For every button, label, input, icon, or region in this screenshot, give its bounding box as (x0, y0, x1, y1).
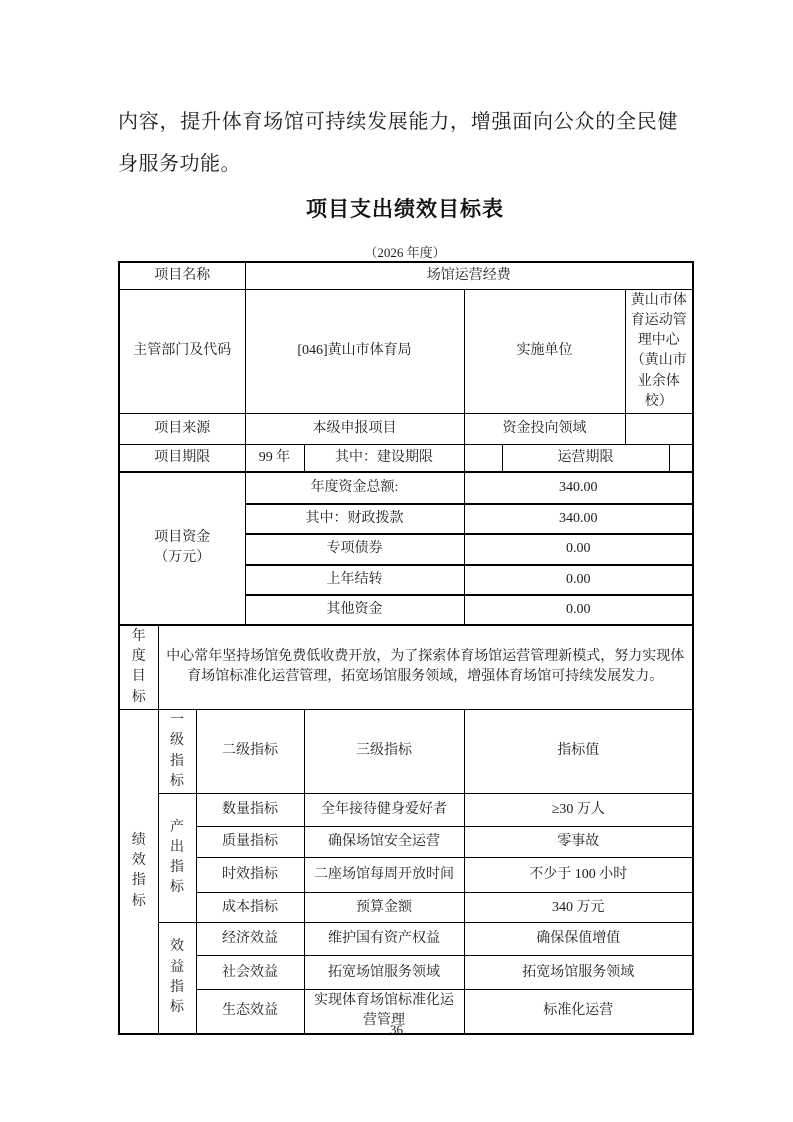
project-name-label: 项目名称 (119, 262, 245, 289)
project-period-years: 99 年 (245, 445, 304, 472)
indicator-value: 不少于 100 小时 (464, 858, 693, 893)
project-period-label: 项目期限 (119, 445, 245, 472)
project-funds-label: 项目资金 （万元） (119, 472, 245, 625)
performance-indicator-label: 绩 效 指 标 (119, 709, 158, 1033)
indicator-l2: 成本指标 (196, 893, 304, 923)
funding-item-value: 340.00 (464, 472, 693, 504)
indicator-value: 340 万元 (464, 893, 693, 923)
indicator-l3: 预算金额 (304, 893, 464, 923)
table-row: 质量指标 确保场馆安全运营 零事故 (119, 827, 693, 858)
department-value: [046]黄山市体育局 (245, 289, 464, 414)
indicator-l2: 经济效益 (196, 923, 304, 956)
page-subtitle: （2026 年度） (118, 242, 692, 261)
table-row: 成本指标 预算金额 340 万元 (119, 893, 693, 923)
operate-period-value (669, 445, 693, 472)
page-number: 36 (0, 1022, 793, 1038)
project-source-value: 本级申报项目 (245, 414, 464, 445)
fund-direction-label: 资金投向领域 (464, 414, 625, 445)
table-row: 绩 效 指 标 一 级 指 标 二级指标 三级指标 指标值 (119, 709, 693, 793)
indicator-l2: 数量指标 (196, 794, 304, 827)
intro-paragraph: 内容，提升体育场馆可持续发展能力，增强面向公众的全民健身服务功能。 (118, 101, 678, 185)
indicator-value: ≥30 万人 (464, 794, 693, 827)
funding-item-value: 0.00 (464, 534, 693, 565)
indicator-value: 拓宽场馆服务领域 (464, 956, 693, 990)
indicator-value: 确保保值增值 (464, 923, 693, 956)
table-row: 效 益 指 标 经济效益 维护国有资产权益 确保保值增值 (119, 923, 693, 956)
indicator-l2: 时效指标 (196, 858, 304, 893)
department-label: 主管部门及代码 (119, 289, 245, 414)
table-row: 年 度 目 标 中心常年坚持场馆免费低收费开放，为了探索体育场馆运营管理新模式，… (119, 625, 693, 710)
indicator-value: 零事故 (464, 827, 693, 858)
indicator-value-header: 指标值 (464, 709, 693, 793)
table-row: 项目资金 （万元） 年度资金总额: 340.00 (119, 472, 693, 504)
funding-item-label: 上年结转 (245, 565, 464, 595)
level1-indicator-header: 一 级 指 标 (158, 709, 196, 793)
indicator-l3: 维护国有资产权益 (304, 923, 464, 956)
funding-item-label: 其中：财政拨款 (245, 504, 464, 534)
table-row: 时效指标 二座场馆每周开放时间 不少于 100 小时 (119, 858, 693, 893)
table-row: 产 出 指 标 数量指标 全年接待健身爱好者 ≥30 万人 (119, 794, 693, 827)
indicator-l3: 确保场馆安全运营 (304, 827, 464, 858)
annual-goal-label: 年 度 目 标 (119, 625, 158, 710)
funding-item-label: 专项债券 (245, 534, 464, 565)
indicator-l3: 拓宽场馆服务领域 (304, 956, 464, 990)
indicator-l2: 社会效益 (196, 956, 304, 990)
annual-goal-text: 中心常年坚持场馆免费低收费开放，为了探索体育场馆运营管理新模式，努力实现体育场馆… (158, 625, 693, 710)
operate-period-label: 运营期限 (502, 445, 669, 472)
indicator-l3: 二座场馆每周开放时间 (304, 858, 464, 893)
funding-item-value: 340.00 (464, 504, 693, 534)
table-row: 主管部门及代码 [046]黄山市体育局 实施单位 黄山市体育运动管理中心（黄山市… (119, 289, 693, 414)
indicator-l3: 全年接待健身爱好者 (304, 794, 464, 827)
table-row: 项目期限 99 年 其中：建设期限 运营期限 (119, 445, 693, 472)
implementing-unit-value: 黄山市体育运动管理中心（黄山市业余体校） (625, 289, 693, 414)
funding-item-label: 年度资金总额: (245, 472, 464, 504)
level3-indicator-header: 三级指标 (304, 709, 464, 793)
project-name-value: 场馆运营经费 (245, 262, 693, 289)
implementing-unit-label: 实施单位 (464, 289, 625, 414)
funding-item-value: 0.00 (464, 565, 693, 595)
build-period-label: 其中：建设期限 (304, 445, 464, 472)
table-row: 项目名称 场馆运营经费 (119, 262, 693, 289)
output-indicator-group-label: 产 出 指 标 (158, 794, 196, 923)
page-title: 项目支出绩效目标表 (118, 193, 692, 223)
funding-item-label: 其他资金 (245, 595, 464, 625)
benefit-indicator-group-label: 效 益 指 标 (158, 923, 196, 1034)
performance-target-table: 项目名称 场馆运营经费 主管部门及代码 [046]黄山市体育局 实施单位 黄山市… (118, 261, 694, 1035)
table-row: 社会效益 拓宽场馆服务领域 拓宽场馆服务领域 (119, 956, 693, 990)
table-row: 项目来源 本级申报项目 资金投向领域 (119, 414, 693, 445)
funding-item-value: 0.00 (464, 595, 693, 625)
indicator-l2: 质量指标 (196, 827, 304, 858)
level2-indicator-header: 二级指标 (196, 709, 304, 793)
project-source-label: 项目来源 (119, 414, 245, 445)
build-period-value (464, 445, 502, 472)
fund-direction-value (625, 414, 693, 445)
